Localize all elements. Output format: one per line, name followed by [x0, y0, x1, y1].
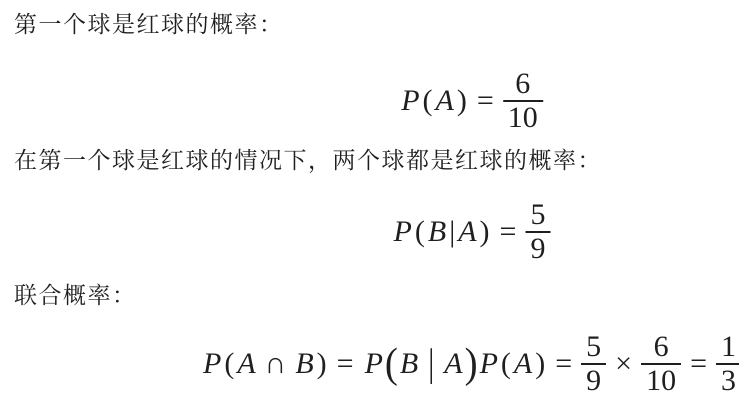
math-op: )	[534, 347, 546, 381]
math-op: )	[316, 347, 328, 381]
math-mid: |	[420, 342, 442, 386]
math-var: A	[456, 215, 478, 249]
math-rel: =	[328, 347, 363, 381]
math-rel: =	[681, 347, 716, 381]
math-op: (	[422, 84, 434, 118]
paragraph-conditional-probability: 在第一个球是红球的情况下，两个球都是红球的概率：	[14, 147, 602, 176]
math-var: B	[426, 215, 448, 249]
formula-p-of-a: P(A)=610	[399, 72, 543, 130]
math-var: P	[399, 84, 421, 118]
numerator: 5	[525, 203, 550, 231]
math-var: A	[235, 347, 257, 381]
math-var: P	[392, 215, 414, 249]
math-op: )	[456, 84, 468, 118]
math-var: B	[398, 347, 420, 381]
fraction: 59	[581, 335, 606, 393]
numerator: 1	[716, 335, 739, 363]
math-bin: ∩	[258, 347, 294, 381]
math-var: P	[363, 347, 385, 381]
math-op: )	[479, 215, 491, 249]
paragraph-first-ball-probability: 第一个球是红球的概率：	[14, 11, 284, 40]
fraction: 59	[525, 203, 550, 261]
denominator: 10	[641, 363, 681, 393]
math-var: B	[293, 347, 315, 381]
math-rel: =	[491, 215, 526, 249]
numerator: 6	[510, 72, 535, 100]
math-op: (	[223, 347, 235, 381]
math-op: |	[448, 215, 456, 249]
fraction: 13	[716, 335, 739, 393]
numerator: 5	[581, 335, 606, 363]
denominator: 10	[503, 100, 543, 130]
document-page: 第一个球是红球的概率： P(A)=610 在第一个球是红球的情况下，两个球都是红…	[0, 0, 739, 408]
math-var: P	[478, 347, 500, 381]
math-var: A	[512, 347, 534, 381]
math-op: (	[500, 347, 512, 381]
denominator: 3	[716, 363, 739, 393]
math-rel: ×	[606, 347, 641, 381]
paragraph-joint-probability: 联合概率：	[14, 282, 137, 311]
math-var: A	[442, 347, 464, 381]
denominator: 9	[525, 231, 550, 261]
fraction: 610	[641, 335, 681, 393]
math-rel: =	[546, 347, 581, 381]
math-var: A	[434, 84, 456, 118]
math-var: P	[201, 347, 223, 381]
math-rel: =	[468, 84, 503, 118]
formula-p-of-b-given-a: P(B|A)=59	[392, 203, 551, 261]
numerator: 6	[649, 335, 674, 363]
denominator: 9	[581, 363, 606, 393]
math-op: (	[414, 215, 426, 249]
formula-joint-probability: P(A∩B)=P(B|A)P(A)=59×610=13	[201, 335, 739, 393]
fraction: 610	[503, 72, 543, 130]
